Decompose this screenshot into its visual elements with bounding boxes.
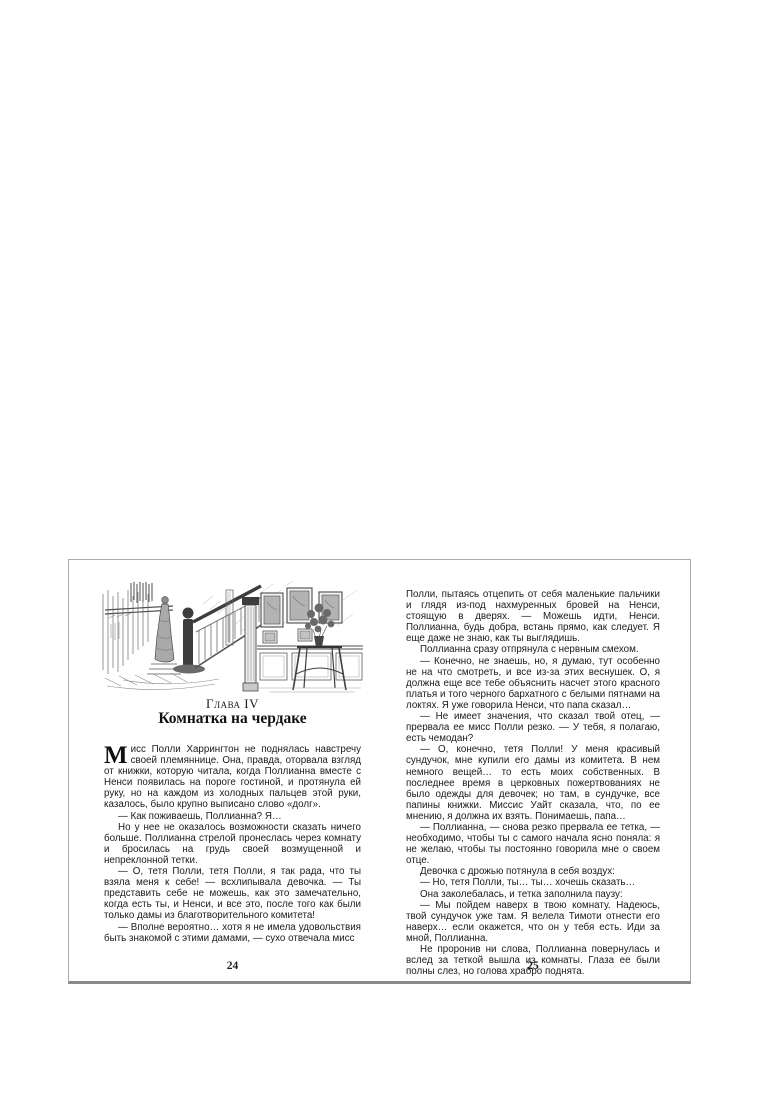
paragraph: Мисс Полли Харрингтон не поднялась навст… [104, 744, 361, 811]
paragraph: — Поллианна, — снова резко прервала ее т… [406, 822, 660, 866]
page-right: Полли, пытаясь отцепить от себя маленьки… [406, 560, 660, 981]
paragraph: — Но, тетя Полли, ты… ты… хочешь сказать… [406, 877, 660, 888]
hallway-staircase-illustration-svg [99, 580, 364, 696]
paragraph: Но у нее не оказалось возможности сказат… [104, 822, 361, 866]
paragraph: — О, тетя Полли, тетя Полли, я так рада,… [104, 866, 361, 921]
paragraph: — Конечно, не знаешь, но, я думаю, тут о… [406, 656, 660, 711]
left-page-body-text: Мисс Полли Харрингтон не поднялась навст… [104, 744, 361, 944]
paragraph: — Не имеет значения, что сказал твой оте… [406, 711, 660, 744]
screenshot-canvas: Глава IV Комнатка на чердаке Мисс Полли … [0, 0, 762, 1100]
paragraph: — Мы пойдем наверх в твою комнату. Надею… [406, 900, 660, 944]
page-number-left: 24 [104, 960, 361, 972]
paragraph: Девочка с дрожью потянула в себя воздух: [406, 866, 660, 877]
drop-cap: М [104, 744, 131, 765]
paragraph: — Вполне вероятно… хотя я не имела удово… [104, 922, 361, 944]
book-spread: Глава IV Комнатка на чердаке Мисс Полли … [68, 559, 691, 984]
paragraph: Полли, пытаясь отцепить от себя маленьки… [406, 589, 660, 644]
paragraph: Она заколебалась, и тетка заполнила пауз… [406, 889, 660, 900]
chapter-title: Комнатка на чердаке [104, 710, 361, 728]
page-number-right: 25 [406, 960, 660, 972]
paragraph: — Как поживаешь, Поллианна? Я… [104, 811, 361, 822]
paragraph: — О, конечно, тетя Полли! У меня красивы… [406, 744, 660, 822]
right-page-body-text: Полли, пытаясь отцепить от себя маленьки… [406, 589, 660, 977]
chapter-illustration [99, 580, 364, 696]
page-left: Глава IV Комнатка на чердаке Мисс Полли … [104, 560, 361, 981]
paragraph: Поллианна сразу отпрянула с нервным смех… [406, 644, 660, 655]
